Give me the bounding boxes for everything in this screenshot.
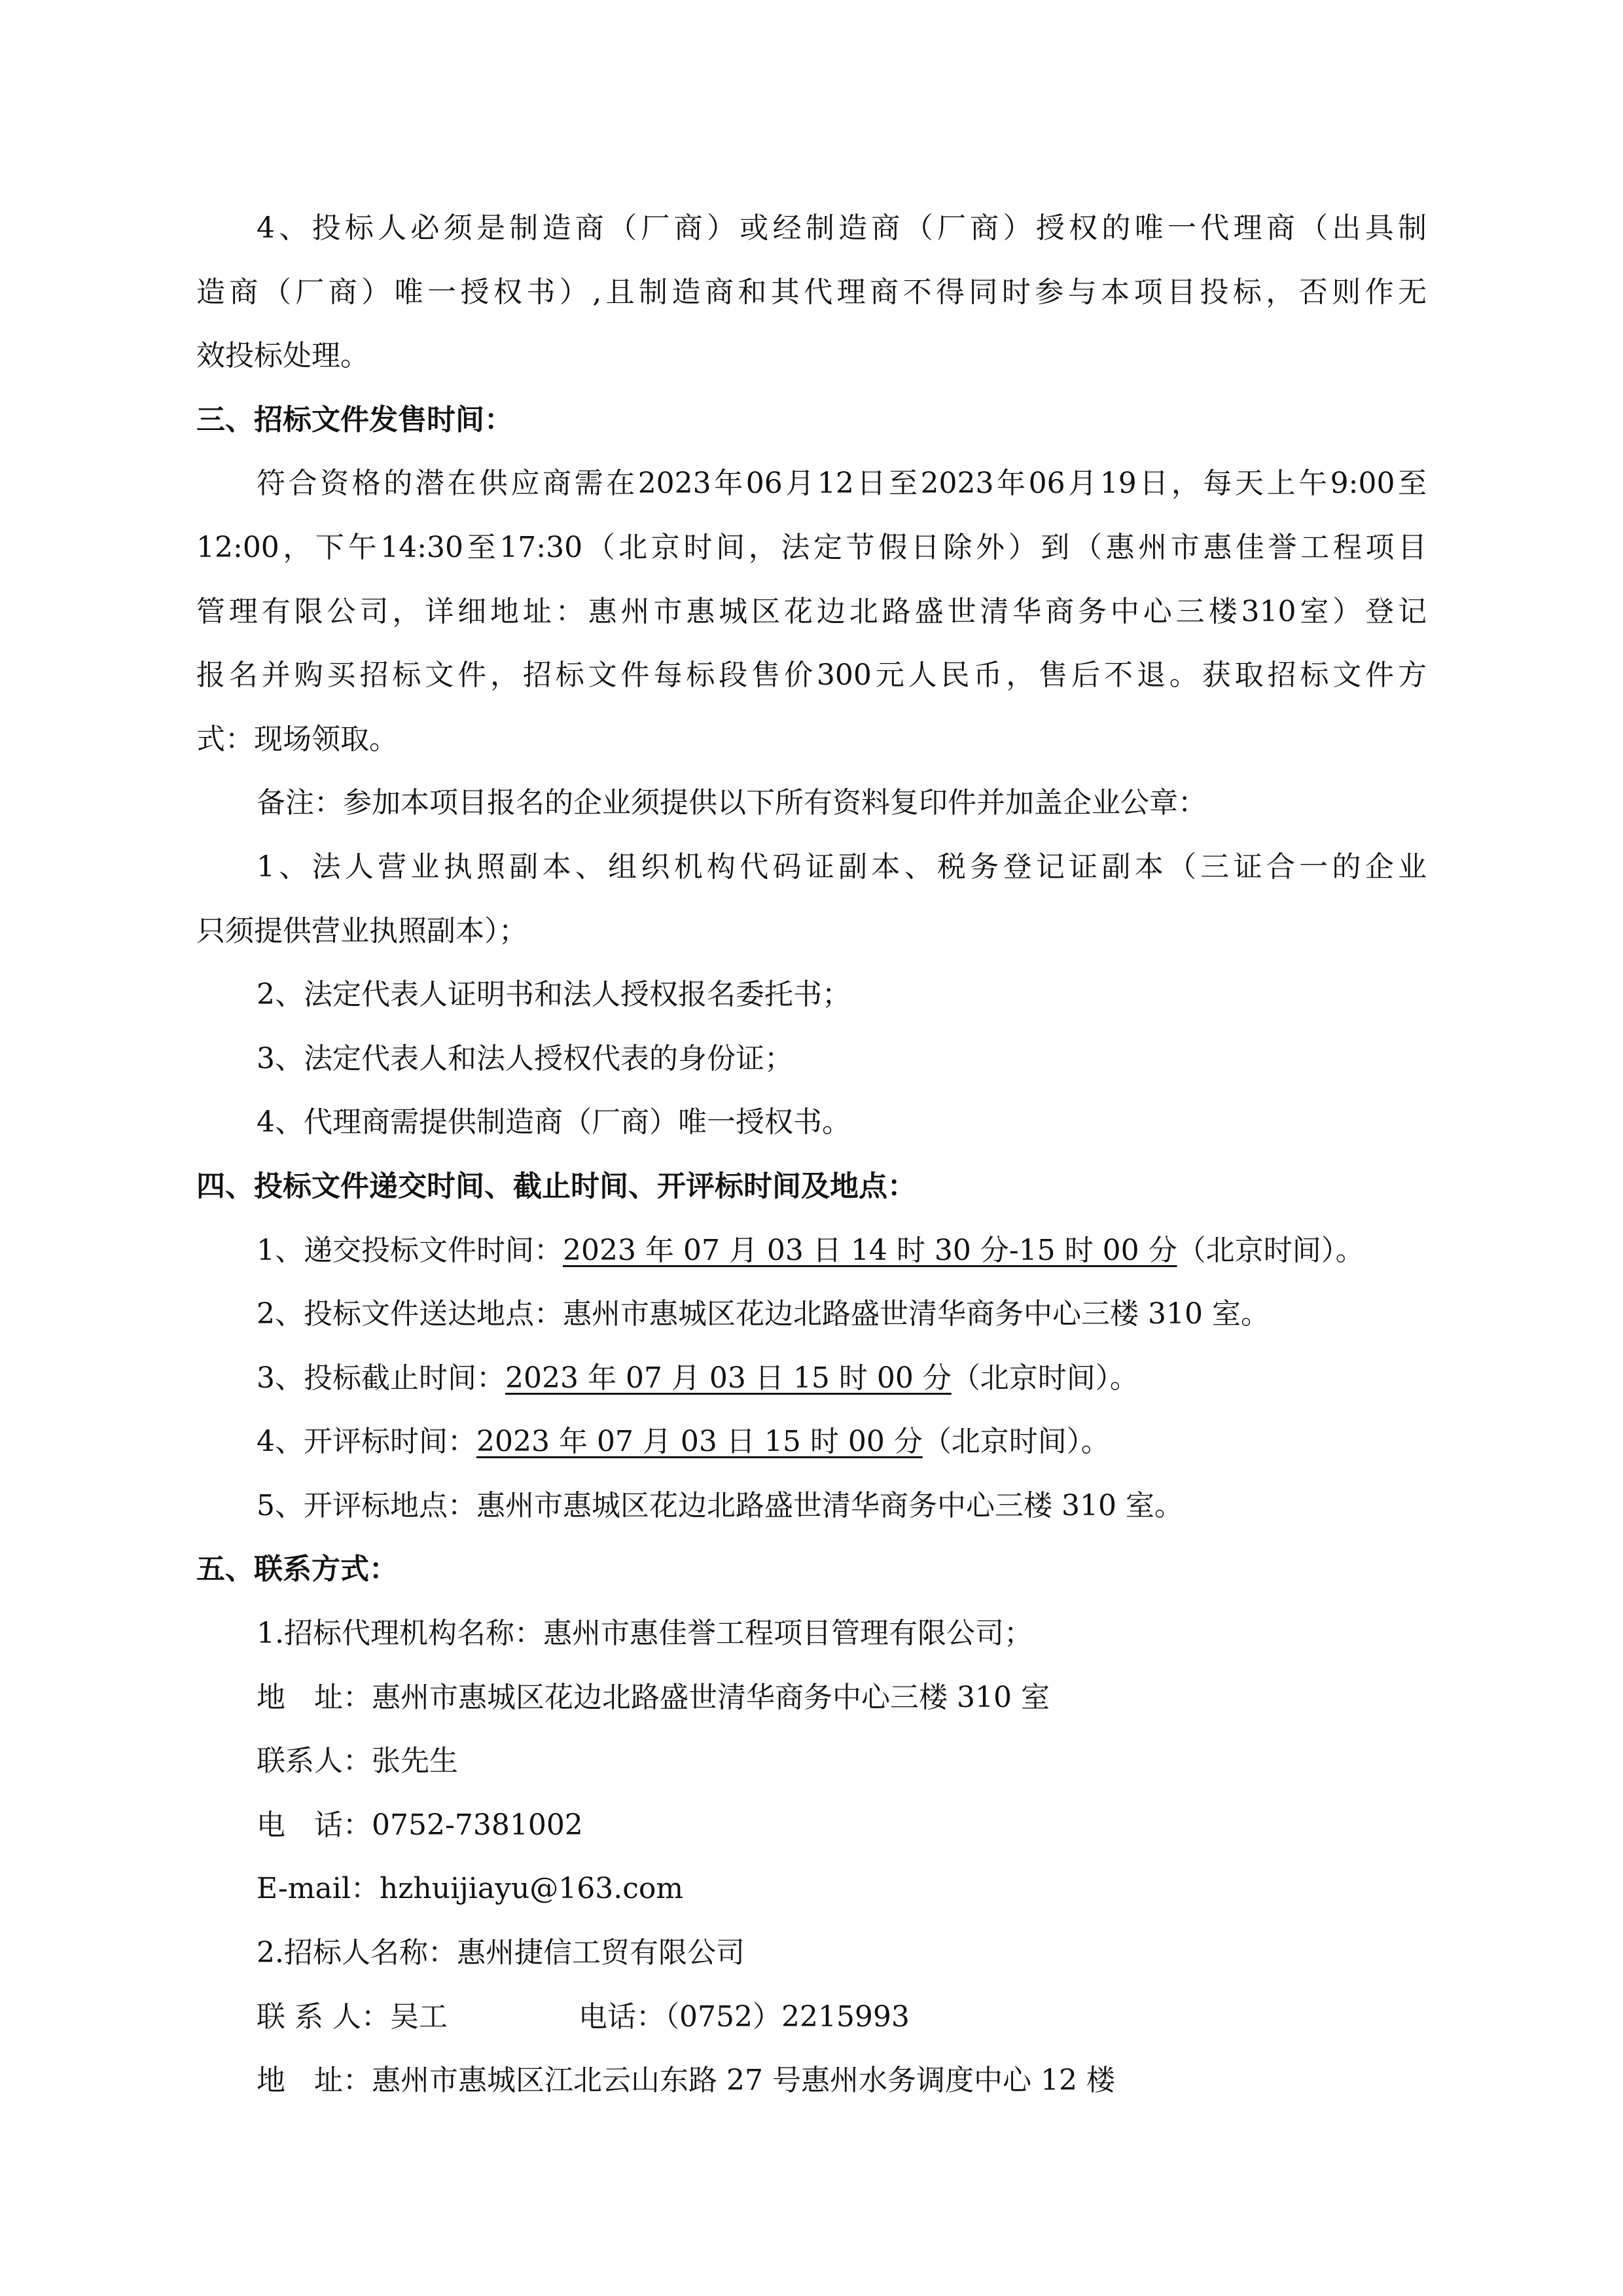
item-label: 1、递交投标文件时间： xyxy=(257,1234,563,1267)
requirement-4-line-1: 4、投标人必须是制造商（厂商）或经制造商（厂商）授权的唯一代理商（出具制 xyxy=(196,196,1427,260)
tenderer-name: 2.招标人名称：惠州捷信工贸有限公司 xyxy=(196,1921,1427,1985)
section-3-para-line-5: 式：现场领取。 xyxy=(196,708,1427,772)
opening-time: 2023 年 07 月 03 日 15 时 00 分 xyxy=(476,1425,923,1458)
section-3-para-line-1: 符合资格的潜在供应商需在2023年06月12日至2023年06月19日，每天上午… xyxy=(196,452,1427,516)
agency-address: 地 址：惠州市惠城区花边北路盛世清华商务中心三楼 310 室 xyxy=(196,1666,1427,1730)
section-3-item-3: 3、法定代表人和法人授权代表的身份证； xyxy=(196,1027,1427,1091)
tenderer-contact: 联 系 人：吴工 xyxy=(257,2000,448,2034)
section-4-item-5: 5、开评标地点：惠州市惠城区花边北路盛世清华商务中心三楼 310 室。 xyxy=(196,1474,1427,1538)
tenderer-phone: 电话：（0752）2215993 xyxy=(579,2000,910,2034)
item-label: 3、投标截止时间： xyxy=(257,1361,505,1395)
agency-contact: 联系人：张先生 xyxy=(196,1729,1427,1793)
section-3-para-line-4: 报名并购买招标文件，招标文件每标段售价300元人民币，售后不退。获取招标文件方 xyxy=(196,643,1427,708)
section-3-item-2: 2、法定代表人证明书和法人授权报名委托书； xyxy=(196,963,1427,1027)
submission-time: 2023 年 07 月 03 日 14 时 30 分-15 时 00 分 xyxy=(563,1234,1177,1267)
section-3-para-line-3: 管理有限公司，详细地址：惠州市惠城区花边北路盛世清华商务中心三楼310室）登记 xyxy=(196,580,1427,644)
deadline-time: 2023 年 07 月 03 日 15 时 00 分 xyxy=(505,1361,952,1395)
section-3-item-1-line-2: 只须提供营业执照副本）； xyxy=(196,899,1427,963)
section-4-heading: 四、投标文件递交时间、截止时间、开评标时间及地点： xyxy=(196,1155,1427,1219)
tenderer-contact-row: 联 系 人：吴工电话：（0752）2215993 xyxy=(196,1985,1427,2049)
tenderer-address: 地 址：惠州市惠城区江北云山东路 27 号惠州水务调度中心 12 楼 xyxy=(196,2049,1427,2113)
section-4-item-1: 1、递交投标文件时间：2023 年 07 月 03 日 14 时 30 分-15… xyxy=(196,1219,1427,1283)
agency-phone: 电 话：0752-7381002 xyxy=(196,1793,1427,1857)
section-4-item-4: 4、开评标时间：2023 年 07 月 03 日 15 时 00 分（北京时间）… xyxy=(196,1410,1427,1474)
item-label: 2、投标文件送达地点：惠州市惠城区花边北路盛世清华商务中心三楼 310 室。 xyxy=(257,1297,1270,1331)
section-3-heading: 三、招标文件发售时间： xyxy=(196,388,1427,452)
requirement-4-line-3: 效投标处理。 xyxy=(196,324,1427,388)
section-3-item-1-line-1: 1、法人营业执照副本、组织机构代码证副本、税务登记证副本（三证合一的企业 xyxy=(196,835,1427,899)
section-3-item-4: 4、代理商需提供制造商（厂商）唯一授权书。 xyxy=(196,1090,1427,1155)
item-suffix: （北京时间）。 xyxy=(1177,1234,1364,1267)
section-4-item-3: 3、投标截止时间：2023 年 07 月 03 日 15 时 00 分（北京时间… xyxy=(196,1346,1427,1410)
item-label: 4、开评标时间： xyxy=(257,1425,476,1458)
document-page: 4、投标人必须是制造商（厂商）或经制造商（厂商）授权的唯一代理商（出具制 造商（… xyxy=(196,196,1427,2113)
item-label: 5、开评标地点：惠州市惠城区花边北路盛世清华商务中心三楼 310 室。 xyxy=(257,1489,1183,1522)
section-3-para-line-2: 12:00，下午14:30至17:30（北京时间，法定节假日除外）到（惠州市惠佳… xyxy=(196,516,1427,580)
agency-name: 1.招标代理机构名称：惠州市惠佳誉工程项目管理有限公司； xyxy=(196,1602,1427,1666)
requirement-4-line-2: 造商（厂商）唯一授权书）,且制造商和其代理商不得同时参与本项目投标，否则作无 xyxy=(196,260,1427,325)
agency-email: E-mail：hzhuijiayu@163.com xyxy=(196,1857,1427,1921)
section-4-item-2: 2、投标文件送达地点：惠州市惠城区花边北路盛世清华商务中心三楼 310 室。 xyxy=(196,1282,1427,1346)
section-5-heading: 五、联系方式： xyxy=(196,1537,1427,1602)
item-suffix: （北京时间）。 xyxy=(923,1425,1110,1458)
section-3-note: 备注：参加本项目报名的企业须提供以下所有资料复印件并加盖企业公章： xyxy=(196,771,1427,835)
item-suffix: （北京时间）。 xyxy=(952,1361,1139,1395)
